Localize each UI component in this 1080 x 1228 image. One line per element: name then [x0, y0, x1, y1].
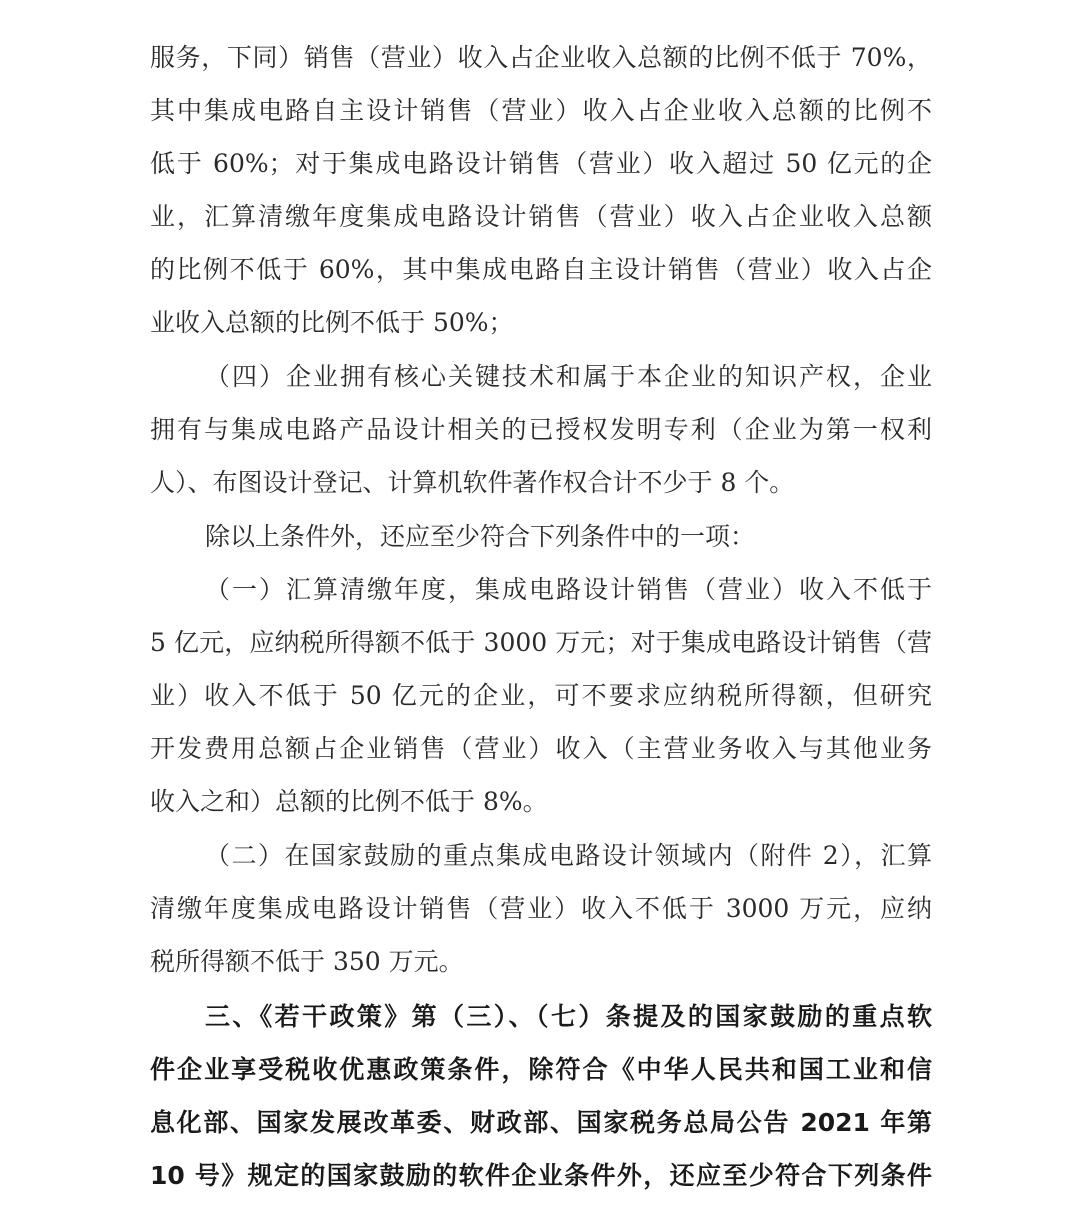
text-line: 拥有与集成电路产品设计相关的已授权发明专利（企业为第一权利 [150, 410, 932, 450]
text-line: 税所得额不低于 350 万元。 [150, 942, 932, 982]
text-line: 除以上条件外，还应至少符合下列条件中的一项： [205, 517, 932, 557]
section-heading-line: 三、《若干政策》第（三）、（七）条提及的国家鼓励的重点软 [205, 997, 932, 1037]
section-heading-line: 10 号》规定的国家鼓励的软件企业条件外，还应至少符合下列条件 [150, 1156, 932, 1196]
document-page: 服务，下同）销售（营业）收入占企业收入总额的比例不低于 70%， 其中集成电路自… [0, 0, 1080, 1228]
text-line: 人）、布图设计登记、计算机软件著作权合计不少于 8 个。 [150, 463, 932, 503]
section-heading-line: 件企业享受税收优惠政策条件，除符合《中华人民共和国工业和信 [150, 1050, 932, 1090]
text-line: 的比例不低于 60%，其中集成电路自主设计销售（营业）收入占企 [150, 250, 932, 290]
text-line: 业收入总额的比例不低于 50%； [150, 303, 932, 343]
text-line: 其中集成电路自主设计销售（营业）收入占企业收入总额的比例不 [150, 91, 932, 131]
text-line: 服务，下同）销售（营业）收入占企业收入总额的比例不低于 70%， [150, 38, 932, 78]
text-line: 业，汇算清缴年度集成电路设计销售（营业）收入占企业收入总额 [150, 197, 932, 237]
text-line: 业）收入不低于 50 亿元的企业，可不要求应纳税所得额，但研究 [150, 676, 932, 716]
text-line: 清缴年度集成电路设计销售（营业）收入不低于 3000 万元，应纳 [150, 889, 932, 929]
section-heading-line: 息化部、国家发展改革委、财政部、国家税务总局公告 2021 年第 [150, 1103, 932, 1143]
text-line: 低于 60%；对于集成电路设计销售（营业）收入超过 50 亿元的企 [150, 144, 932, 184]
text-line: 收入之和）总额的比例不低于 8%。 [150, 782, 932, 822]
text-line: 开发费用总额占企业销售（营业）收入（主营业务收入与其他业务 [150, 729, 932, 769]
text-line: （一）汇算清缴年度，集成电路设计销售（营业）收入不低于 [205, 570, 932, 610]
text-line: 5 亿元，应纳税所得额不低于 3000 万元；对于集成电路设计销售（营 [150, 623, 932, 663]
text-line: （四）企业拥有核心关键技术和属于本企业的知识产权，企业 [205, 357, 932, 397]
text-line: （二）在国家鼓励的重点集成电路设计领域内（附件 2），汇算 [205, 836, 932, 876]
